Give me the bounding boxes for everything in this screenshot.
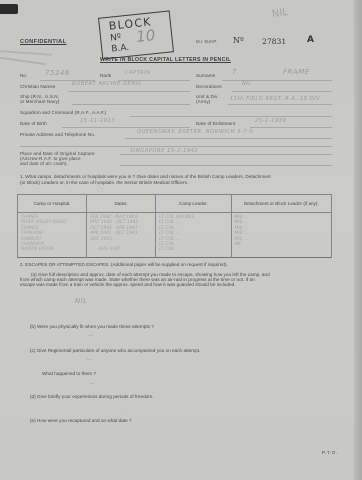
dob-value: 15-11-1913 [80,118,115,124]
binder-hole [0,4,18,14]
header-dates: Dates. [87,195,156,213]
ship-label-line2: or Merchant Navy) [20,99,59,104]
stamp-value: 10 [135,26,156,46]
rule [250,127,332,128]
block-leader-column: MAJ ... MAJ ... MAJ ... MAJ ... MAJ ... … [231,213,331,258]
rule [20,146,332,147]
decorations-value: NIL [242,81,252,87]
section2-e: (e) How were you recaptured and on what … [30,418,132,424]
pto-label: P.T.O. [322,451,338,456]
section2-c-followup: What happened to them ? [42,371,96,377]
decorations-label: Decorations [196,84,222,89]
camps-table-body: CHANGI RIVER VALLEY ROAD CHANGI THAILAND… [18,213,332,258]
table-cell: LT COL ... [159,247,227,252]
section2-c: (c) Give Regimental particulars of anyon… [30,348,200,354]
surname-label: Surname [196,73,215,78]
unit-value: 11th FIELD REGT. R.A. 18 DIV [230,96,320,102]
address-value: QUEENSWAY, EXETER. NORWICH 3-7-5 [137,129,253,135]
camps-table-header: Camp or Hospital. Dates. Camp Leader. De… [18,195,332,213]
table-cell: NAKOM PATON [21,247,83,252]
section1-question-line2: (or Block) Leaders or, in the case of ho… [20,180,188,186]
rule [222,80,332,81]
form-reference: M.I. 9/JAP. [196,39,217,44]
rank-value: CAPTAIN [125,70,150,76]
dob-label: Date of Birth [20,121,47,126]
rule [62,127,190,128]
camps-table: Camp or Hospital. Dates. Camp Leader. De… [17,194,332,258]
rule [130,116,332,117]
rule [228,104,332,105]
stamp-line-no: Nº [110,33,122,44]
rank-label: Rank [100,73,111,78]
capture-label-line3: and date of a/c crash). [20,161,68,166]
christian-names-value: ROBERT ARCHIE DENIS [72,81,142,87]
no-value: 75246 [45,69,70,77]
dates-column: FEB 1942 - MAY 1942 MAY 1942 - OCT 1942 … [87,213,156,258]
section1-question-line1: 1. What camps, detachments or hospitals … [20,174,271,180]
header-camp-leader: Camp Leader. [156,195,231,213]
section2-heading: 2. ESCAPES OR ATTEMPTED ESCAPES. (Additi… [20,262,228,268]
section2-c-answer: — [86,357,92,363]
header-camp: Camp or Hospital. [18,195,87,213]
address-label: Private Address and Telephone No. [20,132,95,137]
rule [72,104,190,105]
instruction-heading: WRITE IN BLOCK CAPITAL LETTERS IN PENCIL [100,57,231,63]
surname-value: FRAME [283,68,310,76]
table-cell: ... - AUG 1945 [90,247,152,252]
section2-b: (b) Were you physically fit when you mad… [30,324,154,330]
top-annotation: NIL [271,7,288,20]
classification-label: CONFIDENTIAL [20,39,66,45]
serial-suffix: A [307,35,314,45]
no-label: No. [20,73,27,78]
squadron-label: Squadron and Command (R.A.F., A.A.F.) [20,110,106,115]
camp-column: CHANGI RIVER VALLEY ROAD CHANGI THAILAND… [18,213,87,258]
rule [125,138,332,139]
surname-prefix: 7 [232,68,237,76]
number-prefix: Nº [233,36,244,45]
stamp-line-ba: B.A. [111,43,130,55]
rule [232,91,332,92]
binding-thread [0,57,46,65]
block-stamp: BLOCK Nº B.A. 10 [98,10,174,59]
page-edge [354,0,362,480]
rule [120,154,332,155]
escape-questionnaire-form: CONFIDENTIAL BLOCK Nº B.A. 10 NIL M.I. 9… [0,0,362,480]
section2-d: (d) Give briefly your experiences during… [30,394,154,400]
section2-a-line3: escape was made from a train or vehicle … [20,282,236,288]
rule [120,165,332,166]
camp-leader-column: LT COL HOLMES LT COL ... LT COL ... LT C… [156,213,231,258]
enlistment-label: Date of Enlistment [196,121,235,126]
binding-thread [0,50,52,56]
table-cell: NIL [235,242,328,247]
rule [68,91,190,92]
unit-label-line2: (Army) [196,99,210,104]
section2-c-followup-answer: — [89,381,95,387]
enlistment-value: 25-1-1939 [255,118,286,124]
serial-number: 27831 [262,37,286,46]
header-block-leader: Detachment or Block Leader (if any). [231,195,331,213]
section2-a-answer: NIL [75,297,88,305]
section2-b-answer: — [88,333,94,339]
christian-names-label: Christian Names [20,84,55,89]
